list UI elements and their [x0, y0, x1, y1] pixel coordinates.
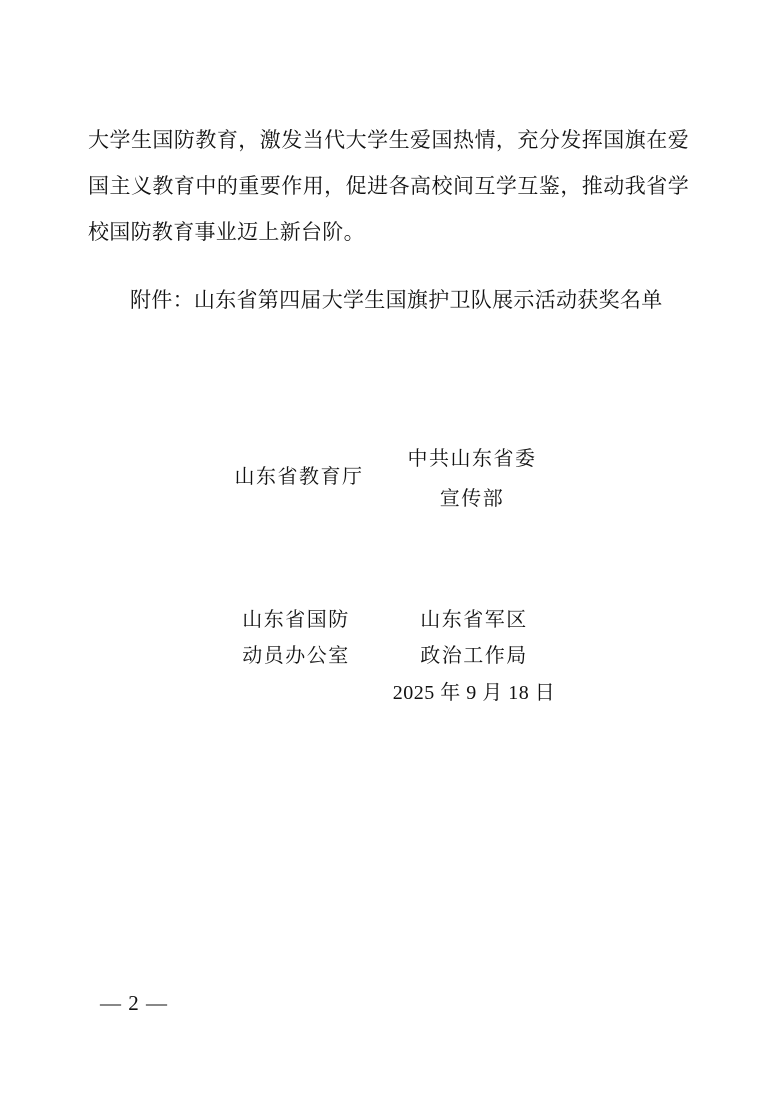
- body-paragraph: 大学生国防教育，激发当代大学生爱国热情，充分发挥国旗在爱国主义教育中的重要作用，…: [88, 117, 689, 255]
- signature-line: 中共山东省委: [372, 439, 572, 479]
- signature-military-region-political-work-bureau: 山东省军区 政治工作局: [374, 602, 574, 674]
- document-date: 2025 年 9 月 18 日: [354, 675, 594, 711]
- signature-line: 山东省教育厅: [199, 457, 399, 497]
- signature-education-department: 山东省教育厅: [199, 457, 399, 497]
- signature-line: 动员办公室: [196, 638, 396, 674]
- signature-line: 山东省国防: [196, 602, 396, 638]
- page-number: — 2 —: [100, 990, 168, 1016]
- signature-line: 山东省军区: [374, 602, 574, 638]
- signature-line: 政治工作局: [374, 638, 574, 674]
- signature-propaganda-department: 中共山东省委 宣传部: [372, 439, 572, 519]
- signature-national-defense-mobilization-office: 山东省国防 动员办公室: [196, 602, 396, 674]
- signature-line: 宣传部: [372, 479, 572, 519]
- attachment-line: 附件：山东省第四届大学生国旗护卫队展示活动获奖名单: [88, 277, 731, 323]
- document-page: 大学生国防教育，激发当代大学生爱国热情，充分发挥国旗在爱国主义教育中的重要作用，…: [0, 0, 771, 1093]
